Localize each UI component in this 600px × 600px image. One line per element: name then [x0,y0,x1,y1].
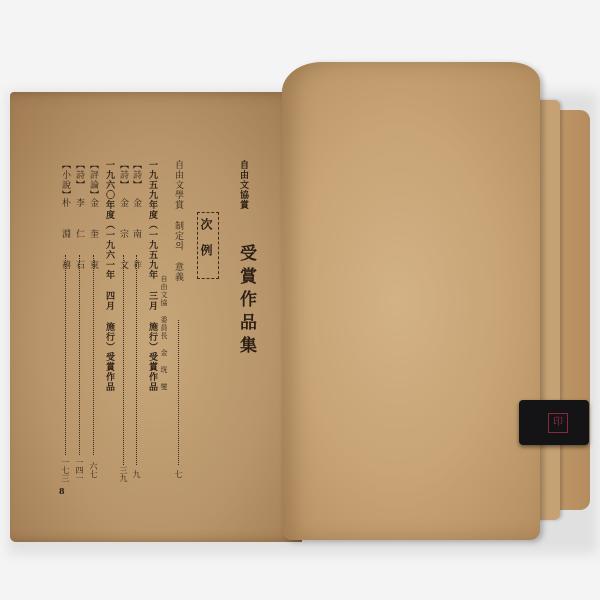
page-footer-number: 8 [59,486,65,496]
book-title: 受賞作品集 [237,244,254,359]
toc-entry-intro: 自由文學賞 制定의 意義 [173,160,182,282]
leader-dots [93,255,94,455]
leader-dots [178,320,179,465]
toc-genre: 【評論】 [88,160,97,200]
toc-entry-intro-note: 自由文協 委員長 金 珖 燮 [160,275,167,391]
toc-section-1960: 一九六〇年度（一九六一年 四月 施行）受賞作品 [104,160,113,392]
toc-heading: 次例 [200,218,212,270]
leader-dots [79,255,80,455]
right-page [282,62,540,540]
clip-logo-icon: 印 [548,413,568,433]
toc-genre: 【詩】 [118,160,127,190]
page-number: 六七 [89,462,97,478]
toc-genre: 【小說】 [60,160,69,200]
leader-dots [136,255,137,465]
leader-dots [65,255,66,455]
page-number: 一七三 [61,458,69,482]
page-number: 三九 [119,466,127,482]
leader-dots [123,255,124,465]
page-number: 九 [132,470,140,478]
toc-genre: 【詩】 [131,160,140,190]
page-number: 七 [174,470,182,478]
toc-section-1959: 一九五九年度（一九五九年 三月 施行）受賞作品 [147,160,156,392]
toc-genre: 【詩】 [74,160,83,190]
page-number: 一四一 [75,458,83,482]
organization-label: 自由文協賞 [238,160,247,210]
